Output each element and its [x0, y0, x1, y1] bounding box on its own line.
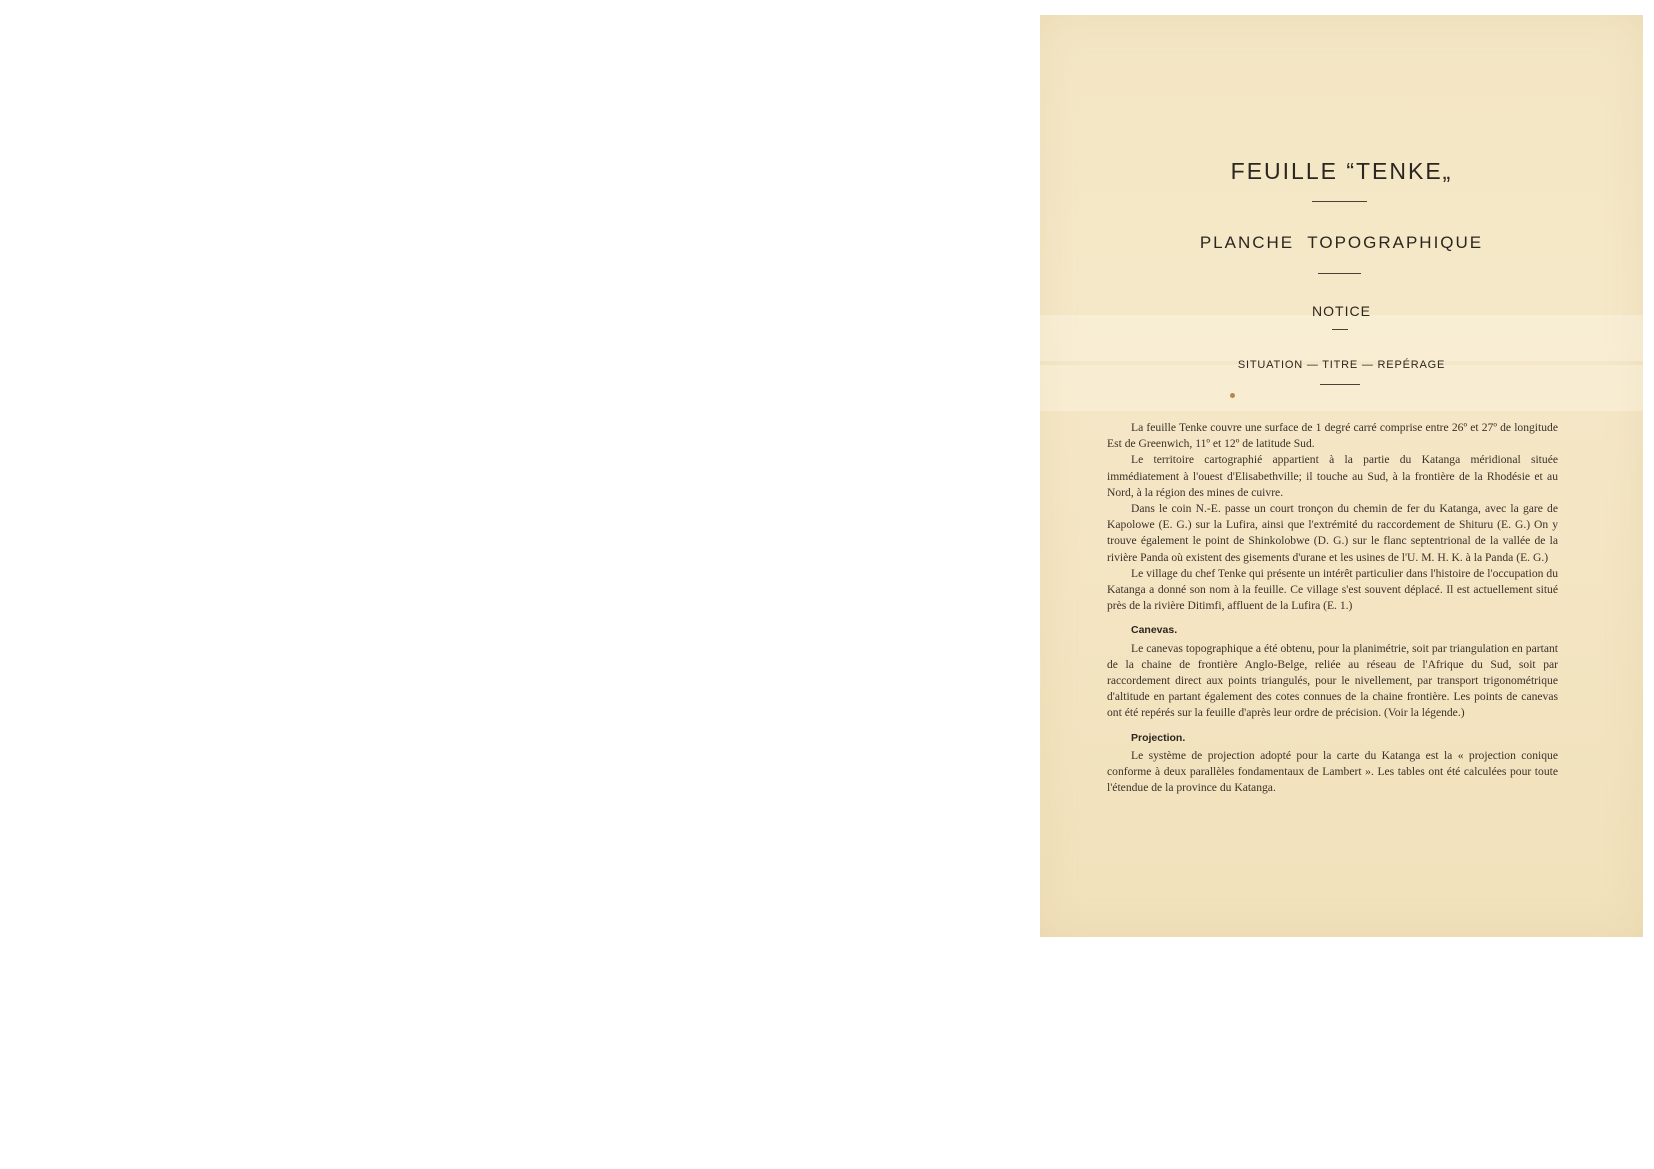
section-heading: SITUATION — TITRE — REPÉRAGE	[1040, 359, 1643, 371]
document-title: FEUILLE “TENKE„	[1040, 158, 1643, 185]
projection-text: Le système de projection adopté pour la …	[1107, 748, 1558, 797]
projection-heading: Projection.	[1131, 730, 1558, 746]
scan-band	[1040, 315, 1643, 361]
notice-label: NOTICE	[1040, 303, 1643, 319]
canevas-text: Le canevas topographique a été obtenu, p…	[1107, 641, 1558, 722]
paragraph: Le territoire cartographié appartient à …	[1107, 452, 1558, 501]
paragraph: Le village du chef Tenke qui présente un…	[1107, 566, 1558, 615]
document-subtitle: PLANCHE TOPOGRAPHIQUE	[1040, 233, 1643, 253]
divider	[1320, 384, 1360, 385]
ink-spot	[1230, 393, 1235, 398]
notice-body: La feuille Tenke couvre une surface de 1…	[1107, 420, 1558, 796]
divider	[1332, 329, 1348, 330]
canevas-heading: Canevas.	[1131, 622, 1558, 638]
divider	[1312, 201, 1367, 202]
paragraph: La feuille Tenke couvre une surface de 1…	[1107, 420, 1558, 452]
scan-band	[1040, 365, 1643, 411]
paragraph: Dans le coin N.-E. passe un court tronço…	[1107, 501, 1558, 566]
scanned-page: FEUILLE “TENKE„ PLANCHE TOPOGRAPHIQUE NO…	[1040, 15, 1643, 937]
divider	[1318, 273, 1361, 274]
